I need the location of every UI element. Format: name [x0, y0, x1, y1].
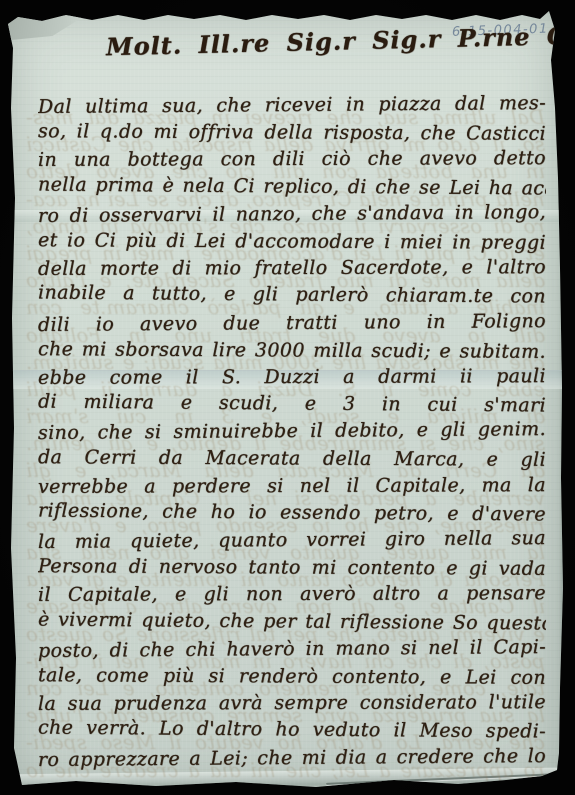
letter-line: la sua prudenza avrà sempre considerato … — [38, 689, 546, 718]
letter-line: la mia quiete, quanto vorrei giro nella … — [38, 525, 546, 556]
letter-body: Dal ultima sua, che ricevei in piazza da… — [38, 92, 546, 772]
letter-line: et io Ci più di Lei d'accomodare i miei … — [38, 227, 546, 257]
letter-line: della morte di mio fratello Sacerdote, e… — [38, 254, 546, 283]
scan-background: Dal ultima sua, che ricevei in piazza da… — [0, 0, 575, 795]
letter-line: inabile a tutto, e gli parlerò chiaram.t… — [38, 280, 546, 311]
letter-line: posto, di che chi haverò in mano si nel … — [38, 634, 546, 665]
letter-line: Persona di nervoso tanto mi contento e g… — [38, 553, 546, 583]
letter-line: che verrà. Lo d'altro ho veduto il Meso … — [38, 715, 546, 746]
letter-line: di miliara e scudi, e 3 in cui s'mari — [38, 389, 546, 420]
letter-line: tale, come più si renderò contento, e Le… — [38, 662, 546, 692]
letter-line: Dal ultima sua, che ricevei in piazza da… — [38, 90, 546, 121]
letter-line: è vivermi quieto, che per tal riflession… — [38, 606, 546, 637]
letter-line: ro apprezzare a Lei; che mi dia a creder… — [38, 743, 546, 774]
letter-line: che mi sborsava lire 3000 milla scudi; e… — [38, 336, 546, 366]
letter-line: il Capitale, e gli non averò altro a pen… — [38, 580, 546, 609]
letter-line: riflessione, che ho io essendo petro, e … — [38, 497, 546, 528]
letter-line: da Cerri da Macerata della Marca, e gli — [38, 445, 546, 475]
letter-paper: Dal ultima sua, che ricevei in piazza da… — [6, 8, 563, 791]
letter-line: ro di osservarvi il nanzo, che s'andava … — [38, 199, 546, 230]
letter-line: in una bottega con dili ciò che avevo de… — [38, 145, 546, 174]
letter-line: sino, che si sminuirebbe il debito, e gl… — [38, 416, 546, 447]
letter-line: dili io avevo due tratti uno in Foligno — [38, 308, 546, 339]
letter-line: nella prima è nela Ci replico, di che se… — [38, 171, 546, 202]
letter-line: ebbe come il S. Duzzi a darmi ii pauli — [38, 363, 546, 392]
letter-line: verrebbe a perdere si nel il Capitale, m… — [38, 472, 546, 501]
letter-line: so, il q.do mi offriva della risposta, c… — [38, 118, 546, 148]
